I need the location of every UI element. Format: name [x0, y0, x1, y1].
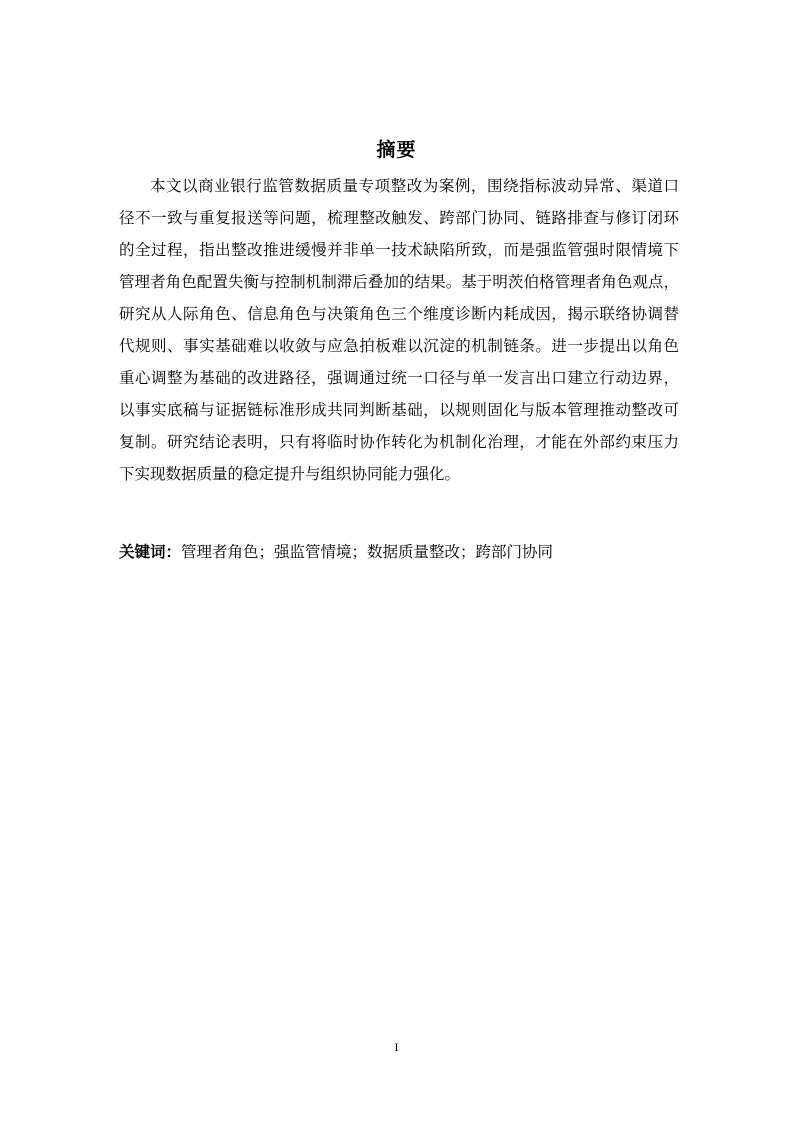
- abstract-line: 重心调整为基础的改进路径，强调通过统一口径与单一发言出口建立行动边界，: [119, 366, 679, 390]
- abstract-line: 管理者角色配置失衡与控制机制滞后叠加的结果。基于明茨伯格管理者角色观点，: [119, 270, 679, 294]
- abstract-line: 研究从人际角色、信息角色与决策角色三个维度诊断内耗成因，揭示联络协调替: [119, 302, 679, 326]
- abstract-line: 径不一致与重复报送等问题，梳理整改触发、跨部门协同、链路排查与修订闭环: [119, 206, 679, 230]
- abstract-line: 本文以商业银行监管数据质量专项整改为案例，围绕指标波动异常、渠道口: [150, 174, 679, 198]
- keywords-text: 管理者角色；强监管情境；数据质量整改；跨部门协同: [181, 543, 553, 561]
- abstract-line: 的全过程，指出整改推进缓慢并非单一技术缺陷所致，而是强监管强时限情境下: [119, 238, 679, 262]
- page-number: I: [0, 1038, 793, 1056]
- abstract-line: 复制。研究结论表明，只有将临时协作转化为机制化治理，才能在外部约束压力: [119, 430, 679, 454]
- abstract-line: 代规则、事实基础难以收敛与应急拍板难以沉淀的机制链条。进一步提出以角色: [119, 334, 679, 358]
- abstract-line: 下实现数据质量的稳定提升与组织协同能力强化。: [119, 462, 679, 486]
- abstract-line: 以事实底稿与证据链标准形成共同判断基础，以规则固化与版本管理推动整改可: [119, 398, 679, 422]
- keywords-line: 关键词：管理者角色；强监管情境；数据质量整改；跨部门协同: [119, 540, 553, 564]
- keywords-label: 关键词：: [119, 543, 181, 561]
- abstract-title: 摘要: [0, 136, 793, 164]
